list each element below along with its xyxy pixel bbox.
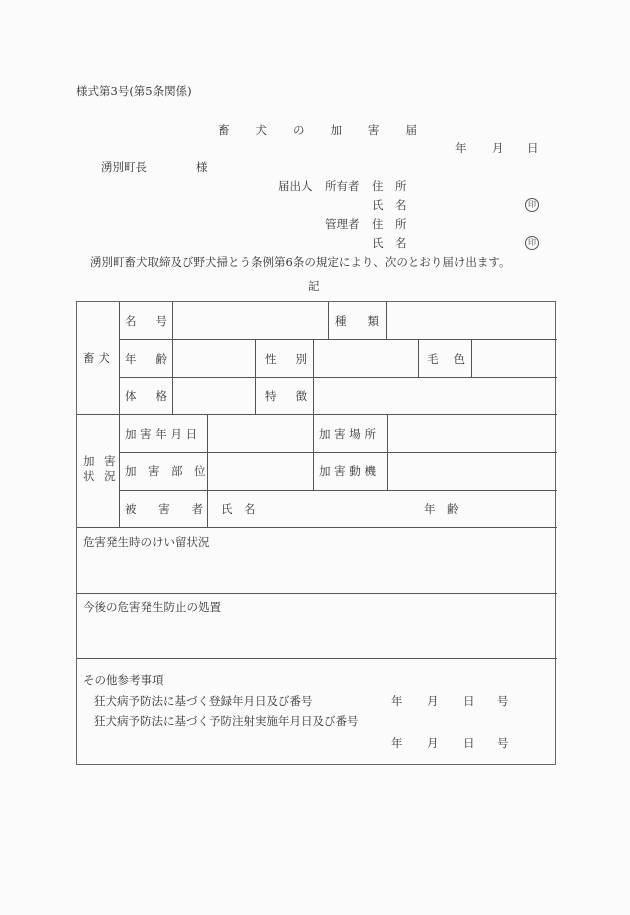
date-year: 年 [455, 141, 467, 155]
form-table: 畜犬 名号 種類 年齢 性別 毛色 体格 特徴 加 害 状 況 加 害 年 月 … [76, 301, 556, 765]
dog-kind-label: 種類 [335, 314, 379, 328]
victim-age-label: 年 齢 [424, 502, 459, 516]
other-notes-label: その他参考事項 [83, 673, 164, 687]
dog-color-label: 毛色 [427, 352, 465, 366]
statement: 湧別町畜犬取締及び野犬掃とう条例第6条の規定により、次のとおり届け出ます。 [90, 255, 510, 269]
prevention-field[interactable] [78, 617, 555, 657]
owner-name-label: 氏 名 [372, 198, 407, 212]
page-title: 畜 犬 の 加 害 届 [218, 123, 418, 137]
applicant-label: 届出人 [278, 179, 313, 193]
harm-date-label: 加 害 年 月 日 [125, 427, 197, 441]
manager-address-label: 住 所 [372, 217, 407, 231]
harm-motive-label: 加 害 動 機 [319, 464, 376, 478]
dog-name-label: 名号 [125, 314, 167, 328]
owner-address-label: 住 所 [372, 179, 407, 193]
victim-age-field[interactable] [462, 491, 555, 526]
manager-label: 管理者 [325, 217, 360, 231]
dog-section-label: 畜犬 [83, 351, 114, 365]
date-day: 日 [527, 141, 539, 155]
prevention-label: 今後の危害発生防止の処置 [83, 600, 221, 614]
dog-sex-field[interactable] [314, 340, 417, 376]
restraint-label: 危害発生時のけい留状況 [83, 535, 210, 549]
victim-label: 被害者 [125, 502, 203, 516]
harm-motive-field[interactable] [388, 453, 555, 489]
harm-date-field[interactable] [208, 415, 312, 451]
dog-name-field[interactable] [173, 303, 327, 338]
dog-sex-label: 性別 [265, 352, 307, 366]
dog-build-field[interactable] [173, 378, 254, 413]
dog-features-field[interactable] [314, 378, 555, 413]
harm-body-part-label: 加 害 部 位 [125, 464, 206, 478]
harm-section-label: 加 害 状 況 [83, 454, 119, 484]
victim-name-label: 氏 名 [221, 502, 256, 516]
victim-name-field[interactable] [257, 491, 417, 526]
dog-kind-field[interactable] [387, 303, 555, 338]
addressee-honorific: 様 [196, 160, 208, 174]
vaccination-label: 狂犬病予防法に基づく予防注射実施年月日及び番号 [94, 714, 359, 728]
restraint-field[interactable] [78, 552, 555, 592]
harm-place-field[interactable] [388, 415, 555, 451]
dog-color-field[interactable] [472, 340, 555, 376]
registration-label: 狂犬病予防法に基づく登録年月日及び番号 [94, 694, 313, 708]
dog-age-label: 年齢 [125, 352, 167, 366]
manager-name-label: 氏 名 [372, 236, 407, 250]
addressee: 湧別町長 [101, 160, 147, 174]
date-month: 月 [492, 141, 504, 155]
ki-label: 記 [308, 279, 320, 293]
dog-age-field[interactable] [173, 340, 254, 376]
owner-label: 所有者 [325, 179, 360, 193]
dog-build-label: 体格 [125, 389, 167, 403]
harm-body-part-field[interactable] [208, 453, 312, 489]
owner-seal-icon: 印 [525, 198, 539, 212]
harm-place-label: 加 害 場 所 [319, 427, 376, 441]
dog-features-label: 特徴 [265, 389, 307, 403]
form-number: 様式第3号(第5条関係) [76, 84, 192, 98]
manager-seal-icon: 印 [525, 236, 539, 250]
